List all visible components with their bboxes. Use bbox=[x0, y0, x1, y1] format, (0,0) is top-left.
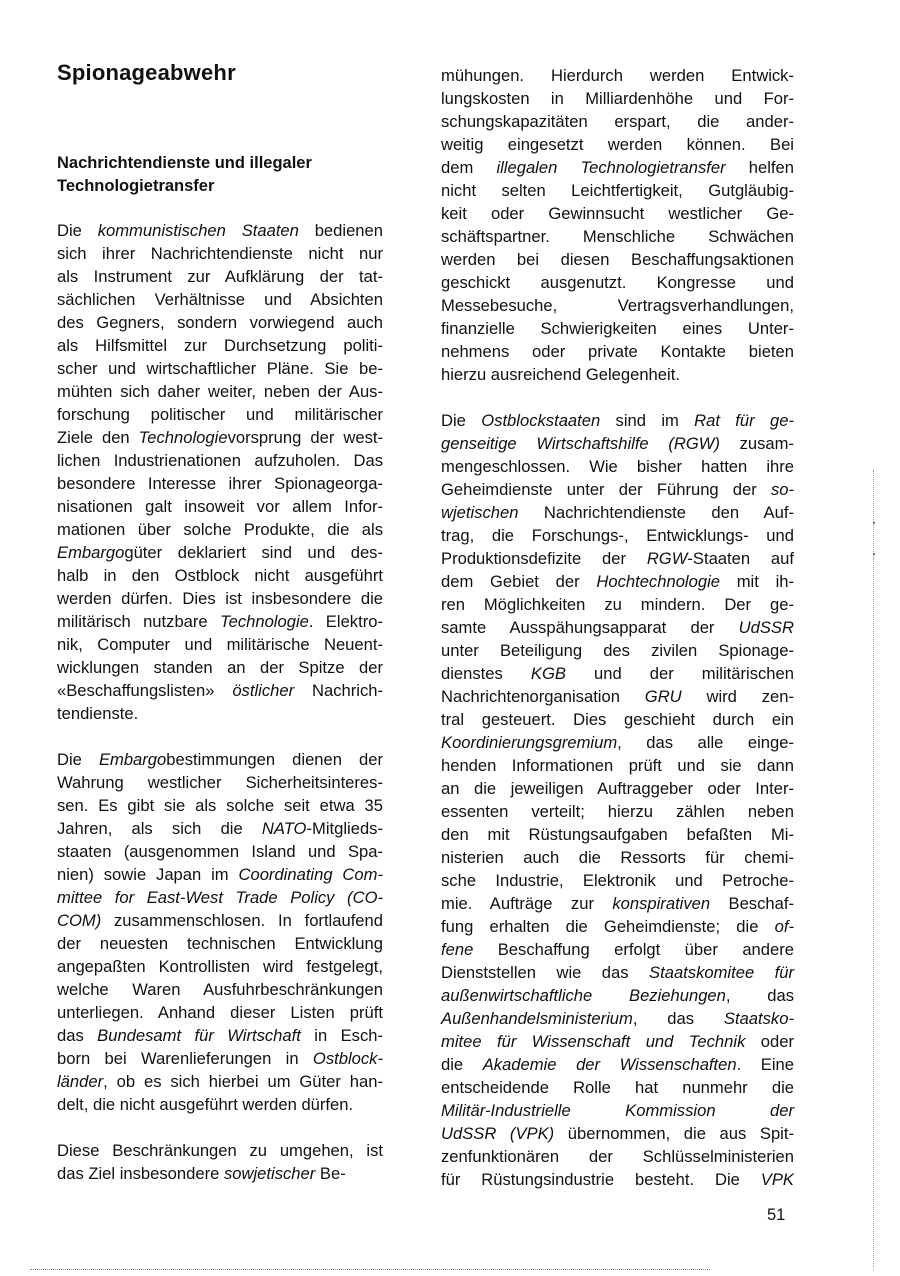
paragraph: Diese Beschränkungen zu umgehen, istdas … bbox=[57, 1139, 383, 1185]
italic-text: Akademie der Wissenschaften bbox=[483, 1055, 737, 1074]
text-line: «Beschaffungslisten» östlicher Nachrich- bbox=[57, 679, 383, 702]
text-run: nisterien auch die Ressorts für chemi- bbox=[441, 848, 794, 867]
text-line: sächlichen Verhältnisse und Absichten bbox=[57, 288, 383, 311]
text-line: Nachrichtenorganisation GRU wird zen- bbox=[441, 685, 794, 708]
italic-text: Embargo bbox=[57, 543, 124, 562]
text-line: das Ziel insbesondere sowjetischer Be- bbox=[57, 1162, 383, 1185]
italic-text: Koordinierungsgremium bbox=[441, 733, 617, 752]
scan-speck bbox=[873, 553, 875, 555]
right-text-column: mühungen. Hierdurch werden Entwick-lungs… bbox=[441, 64, 794, 1214]
text-line: Koordinierungsgremium, das alle einge- bbox=[441, 731, 794, 754]
text-run: , das bbox=[726, 986, 794, 1005]
text-line: nisterien auch die Ressorts für chemi- bbox=[441, 846, 794, 869]
text-run: entscheidende Rolle hat nunmehr die bbox=[441, 1078, 794, 1097]
text-run: werden dürfen. Dies ist insbesondere die bbox=[57, 589, 383, 608]
italic-text: Staatskomitee für bbox=[649, 963, 794, 982]
text-run: helfen bbox=[726, 158, 794, 177]
text-run: ren Möglichkeiten zu mindern. Der ge- bbox=[441, 595, 794, 614]
italic-text: Außenhandelsministerium bbox=[441, 1009, 633, 1028]
text-run: sche Industrie, Elektronik und Petroche- bbox=[441, 871, 794, 890]
italic-text: COM) bbox=[57, 911, 101, 930]
text-run: Produktionsdefizite der bbox=[441, 549, 647, 568]
text-run: schäftspartner. Menschliche Schwächen bbox=[441, 227, 794, 246]
text-run: mengeschlossen. Wie bisher hatten ihre bbox=[441, 457, 794, 476]
italic-text: konspirativen bbox=[612, 894, 710, 913]
italic-text: KGB bbox=[531, 664, 566, 683]
text-line: forschung politischer und militärischer bbox=[57, 403, 383, 426]
text-line: ren Möglichkeiten zu mindern. Der ge- bbox=[441, 593, 794, 616]
text-line: lungskosten in Milliardenhöhe und For- bbox=[441, 87, 794, 110]
text-run: unterliegen. Anhand dieser Listen prüft bbox=[57, 1003, 383, 1022]
text-run: born bei Warenlieferungen in bbox=[57, 1049, 313, 1068]
text-run: Wahrung westlicher Sicherheitsinteres- bbox=[57, 773, 383, 792]
text-run: nisationen galt insoweit vor allem Infor… bbox=[57, 497, 383, 516]
text-run: forschung politischer und militärischer bbox=[57, 405, 383, 424]
text-line: welche Waren Ausfuhrbeschränkungen bbox=[57, 978, 383, 1001]
text-run: Geheimdienste unter der Führung der bbox=[441, 480, 771, 499]
text-run: dem bbox=[441, 158, 496, 177]
text-line: werden bei diesen Beschaffungsaktionen bbox=[441, 248, 794, 271]
text-run: Die bbox=[441, 411, 481, 430]
text-line: weitig eingesetzt werden können. Bei bbox=[441, 133, 794, 156]
italic-text: Hochtechnologie bbox=[596, 572, 720, 591]
text-line: sen. Es gibt sie als solche seit etwa 35 bbox=[57, 794, 383, 817]
text-line: hierzu ausreichend Gelegenheit. bbox=[441, 363, 794, 386]
text-line: den mit Rüstungsaufgaben befaßten Mi- bbox=[441, 823, 794, 846]
text-run: Die bbox=[57, 750, 99, 769]
italic-text: so- bbox=[771, 480, 794, 499]
text-run: tral gesteuert. Dies geschieht durch ein bbox=[441, 710, 794, 729]
text-line: mie. Aufträge zur konspirativen Beschaf- bbox=[441, 892, 794, 915]
text-run: lichen Industrienationen aufzuholen. Das bbox=[57, 451, 383, 470]
text-run: als Instrument zur Aufklärung der tat- bbox=[57, 267, 383, 286]
text-line: tral gesteuert. Dies geschieht durch ein bbox=[441, 708, 794, 731]
italic-text: Coordinating Com- bbox=[238, 865, 383, 884]
text-run: das bbox=[57, 1026, 97, 1045]
italic-text: mitee für Wissenschaft und Technik bbox=[441, 1032, 745, 1051]
text-line: wjetischen Nachrichtendienste den Auf- bbox=[441, 501, 794, 524]
text-line: Jahren, als sich die NATO-Mitglieds- bbox=[57, 817, 383, 840]
text-run: «Beschaffungslisten» bbox=[57, 681, 232, 700]
text-line: born bei Warenlieferungen in Ostblock- bbox=[57, 1047, 383, 1070]
text-line: Produktionsdefizite der RGW-Staaten auf bbox=[441, 547, 794, 570]
text-run: besondere Interesse ihrer Spionageorga- bbox=[57, 474, 383, 493]
text-run: sich ihrer Nachrichtendienste nicht nur bbox=[57, 244, 383, 263]
text-run: mit ih- bbox=[720, 572, 794, 591]
text-run: zusammenschlosen. In fortlaufend bbox=[101, 911, 383, 930]
text-line: fene Beschaffung erfolgt über andere bbox=[441, 938, 794, 961]
text-run: als Hilfsmittel zur Durchsetzung politi- bbox=[57, 336, 383, 355]
text-run: , das bbox=[633, 1009, 724, 1028]
text-run: in Esch- bbox=[301, 1026, 383, 1045]
text-line: samte Ausspähungsapparat der UdSSR bbox=[441, 616, 794, 639]
section-heading-line-2: Technologietransfer bbox=[57, 175, 387, 198]
text-run: keit oder Gewinnsucht westlicher Ge- bbox=[441, 204, 794, 223]
italic-text: Bundesamt für Wirtschaft bbox=[97, 1026, 301, 1045]
text-run: für Rüstungsindustrie besteht. Die bbox=[441, 1170, 761, 1189]
text-run: zenfunktionären der Schlüsselministerien bbox=[441, 1147, 794, 1166]
text-line: für Rüstungsindustrie besteht. Die VPK bbox=[441, 1168, 794, 1191]
text-line: besondere Interesse ihrer Spionageorga- bbox=[57, 472, 383, 495]
text-line: keit oder Gewinnsucht westlicher Ge- bbox=[441, 202, 794, 225]
text-line: unter Beteiligung des zivilen Spionage- bbox=[441, 639, 794, 662]
text-run: mie. Aufträge zur bbox=[441, 894, 612, 913]
text-line: nicht selten Leichtfertigkeit, Gutgläubi… bbox=[441, 179, 794, 202]
text-line: angepaßten Kontrollisten wird festgelegt… bbox=[57, 955, 383, 978]
text-run: Be- bbox=[315, 1164, 345, 1183]
italic-text: illegalen Technologietransfer bbox=[496, 158, 725, 177]
text-line: werden dürfen. Dies ist insbesondere die bbox=[57, 587, 383, 610]
text-line: Geheimdienste unter der Führung der so- bbox=[441, 478, 794, 501]
text-line: nik, Computer und militärische Neuent- bbox=[57, 633, 383, 656]
italic-text: Militär-Industrielle Kommission der bbox=[441, 1101, 794, 1120]
text-line: Militär-Industrielle Kommission der bbox=[441, 1099, 794, 1122]
text-line: lichen Industrienationen aufzuholen. Das bbox=[57, 449, 383, 472]
text-run: werden bei diesen Beschaffungsaktionen bbox=[441, 250, 794, 269]
text-line: mationen über solche Produkte, die als bbox=[57, 518, 383, 541]
italic-text: kommunistischen Staaten bbox=[98, 221, 299, 240]
paragraph: Die kommunistischen Staaten bedienensich… bbox=[57, 219, 383, 725]
text-run: lungskosten in Milliardenhöhe und For- bbox=[441, 89, 794, 108]
text-line: mühten sich daher weiter, neben der Aus- bbox=[57, 380, 383, 403]
italic-text: östlicher bbox=[232, 681, 294, 700]
text-line: genseitige Wirtschaftshilfe (RGW) zusam- bbox=[441, 432, 794, 455]
text-line: UdSSR (VPK) übernommen, die aus Spit- bbox=[441, 1122, 794, 1145]
italic-text: UdSSR bbox=[739, 618, 794, 637]
text-line: entscheidende Rolle hat nunmehr die bbox=[441, 1076, 794, 1099]
italic-text: länder bbox=[57, 1072, 103, 1091]
text-run: tendienste. bbox=[57, 704, 138, 723]
paragraph: mühungen. Hierdurch werden Entwick-lungs… bbox=[441, 64, 794, 386]
paragraph: Die Embargobestimmungen dienen derWahrun… bbox=[57, 748, 383, 1116]
text-run: Ziele den bbox=[57, 428, 139, 447]
page-title: Spionageabwehr bbox=[57, 60, 236, 86]
text-line: henden Informationen prüft und sie dann bbox=[441, 754, 794, 777]
text-run: bedienen bbox=[299, 221, 383, 240]
text-line: dienstes KGB und der militärischen bbox=[441, 662, 794, 685]
italic-text: UdSSR (VPK) bbox=[441, 1124, 554, 1143]
text-line: delt, die nicht ausgeführt werden dürfen… bbox=[57, 1093, 383, 1116]
text-line: militärisch nutzbare Technologie. Elektr… bbox=[57, 610, 383, 633]
text-line: Embargogüter deklariert sind und des- bbox=[57, 541, 383, 564]
italic-text: RGW bbox=[647, 549, 688, 568]
text-line: COM) zusammenschlosen. In fortlaufend bbox=[57, 909, 383, 932]
text-line: Die Ostblockstaaten sind im Rat für ge- bbox=[441, 409, 794, 432]
text-line: der neuesten technischen Entwicklung bbox=[57, 932, 383, 955]
text-run: zusam- bbox=[720, 434, 794, 453]
text-run: dienstes bbox=[441, 664, 531, 683]
text-run: sächlichen Verhältnisse und Absichten bbox=[57, 290, 383, 309]
text-run: welche Waren Ausfuhrbeschränkungen bbox=[57, 980, 383, 999]
text-run: scher und wirtschaftlicher Pläne. Sie be… bbox=[57, 359, 383, 378]
section-heading: Nachrichtendienste und illegaler Technol… bbox=[57, 152, 387, 198]
text-line: mitee für Wissenschaft und Technik oder bbox=[441, 1030, 794, 1053]
text-run: oder bbox=[745, 1032, 794, 1051]
text-line: nehmens oder private Kontakte bieten bbox=[441, 340, 794, 363]
text-run: Messebesuche, Vertragsverhandlungen, bbox=[441, 296, 794, 315]
text-line: an die jeweiligen Auftraggeber oder Inte… bbox=[441, 777, 794, 800]
italic-text: VPK bbox=[761, 1170, 794, 1189]
text-line: Wahrung westlicher Sicherheitsinteres- bbox=[57, 771, 383, 794]
text-run: dem Gebiet der bbox=[441, 572, 596, 591]
text-run: nehmens oder private Kontakte bieten bbox=[441, 342, 794, 361]
italic-text: NATO bbox=[262, 819, 307, 838]
text-run: nik, Computer und militärische Neuent- bbox=[57, 635, 383, 654]
text-line: tendienste. bbox=[57, 702, 383, 725]
text-line: wicklungen standen an der Spitze der bbox=[57, 656, 383, 679]
text-line: als Instrument zur Aufklärung der tat- bbox=[57, 265, 383, 288]
text-line: zenfunktionären der Schlüsselministerien bbox=[441, 1145, 794, 1168]
text-run: angepaßten Kontrollisten wird festgelegt… bbox=[57, 957, 383, 976]
section-heading-line-1: Nachrichtendienste und illegaler bbox=[57, 152, 387, 175]
text-line: schungskapazitäten erspart, die ander- bbox=[441, 110, 794, 133]
scan-edge-right-border bbox=[873, 470, 874, 1270]
text-line: länder, ob es sich hierbei um Güter han- bbox=[57, 1070, 383, 1093]
text-run: hierzu ausreichend Gelegenheit. bbox=[441, 365, 680, 384]
text-run: die bbox=[441, 1055, 483, 1074]
text-run: mühungen. Hierdurch werden Entwick- bbox=[441, 66, 794, 85]
text-run: unter Beteiligung des zivilen Spionage- bbox=[441, 641, 794, 660]
text-line: nien) sowie Japan im Coordinating Com- bbox=[57, 863, 383, 886]
text-run: den mit Rüstungsaufgaben befaßten Mi- bbox=[441, 825, 794, 844]
italic-text: Ostblock- bbox=[313, 1049, 383, 1068]
text-run: henden Informationen prüft und sie dann bbox=[441, 756, 794, 775]
text-run: staaten (ausgenommen Island und Spa- bbox=[57, 842, 383, 861]
text-run: und der militärischen bbox=[566, 664, 794, 683]
text-line: Dienststellen wie das Staatskomitee für bbox=[441, 961, 794, 984]
text-run: mühten sich daher weiter, neben der Aus- bbox=[57, 382, 383, 401]
italic-text: mittee for East-West Trade Policy (CO- bbox=[57, 888, 383, 907]
text-line: außenwirtschaftliche Beziehungen, das bbox=[441, 984, 794, 1007]
text-line: trag, die Forschungs-, Entwicklungs- und bbox=[441, 524, 794, 547]
text-run: halb in den Ostblock nicht ausgeführt bbox=[57, 566, 383, 585]
text-run: nien) sowie Japan im bbox=[57, 865, 238, 884]
text-run: trag, die Forschungs-, Entwicklungs- und bbox=[441, 526, 794, 545]
text-line: Messebesuche, Vertragsverhandlungen, bbox=[441, 294, 794, 317]
text-run: essenten verteilt; hierzu zählen neben bbox=[441, 802, 794, 821]
left-text-column: Die kommunistischen Staaten bedienensich… bbox=[57, 219, 383, 1208]
italic-text: wjetischen bbox=[441, 503, 518, 522]
text-line: nisationen galt insoweit vor allem Infor… bbox=[57, 495, 383, 518]
text-run: Die bbox=[57, 221, 98, 240]
text-line: das Bundesamt für Wirtschaft in Esch- bbox=[57, 1024, 383, 1047]
text-run: delt, die nicht ausgeführt werden dürfen… bbox=[57, 1095, 353, 1114]
text-run: fung erhalten die Geheimdienste; die bbox=[441, 917, 775, 936]
text-run: finanzielle Schwierigkeiten eines Unter- bbox=[441, 319, 794, 338]
text-run: bestimmungen dienen der bbox=[166, 750, 383, 769]
text-line: unterliegen. Anhand dieser Listen prüft bbox=[57, 1001, 383, 1024]
text-run: nicht selten Leichtfertigkeit, Gutgläubi… bbox=[441, 181, 794, 200]
text-line: die Akademie der Wissenschaften. Eine bbox=[441, 1053, 794, 1076]
text-run: güter deklariert sind und des- bbox=[124, 543, 383, 562]
text-line: Ziele den Technologievorsprung der west- bbox=[57, 426, 383, 449]
text-line: Außenhandelsministerium, das Staatsko- bbox=[441, 1007, 794, 1030]
page-number: 51 bbox=[767, 1206, 785, 1225]
text-run: -Mitglieds- bbox=[306, 819, 383, 838]
text-line: mengeschlossen. Wie bisher hatten ihre bbox=[441, 455, 794, 478]
text-run: schungskapazitäten erspart, die ander- bbox=[441, 112, 794, 131]
text-line: Diese Beschränkungen zu umgehen, ist bbox=[57, 1139, 383, 1162]
italic-text: of- bbox=[775, 917, 794, 936]
text-line: essenten verteilt; hierzu zählen neben bbox=[441, 800, 794, 823]
text-run: wicklungen standen an der Spitze der bbox=[57, 658, 383, 677]
text-run: Nachrichtenorganisation bbox=[441, 687, 645, 706]
italic-text: Staatsko- bbox=[724, 1009, 794, 1028]
text-run: Nachrichtendienste den Auf- bbox=[518, 503, 794, 522]
text-line: dem illegalen Technologietransfer helfen bbox=[441, 156, 794, 179]
text-line: sich ihrer Nachrichtendienste nicht nur bbox=[57, 242, 383, 265]
text-line: mittee for East-West Trade Policy (CO- bbox=[57, 886, 383, 909]
text-line: schäftspartner. Menschliche Schwächen bbox=[441, 225, 794, 248]
text-run: . Eine bbox=[737, 1055, 794, 1074]
text-line: mühungen. Hierdurch werden Entwick- bbox=[441, 64, 794, 87]
text-run: samte Ausspähungsapparat der bbox=[441, 618, 739, 637]
text-run: mationen über solche Produkte, die als bbox=[57, 520, 383, 539]
text-run: übernommen, die aus Spit- bbox=[554, 1124, 794, 1143]
italic-text: Technologie bbox=[139, 428, 228, 447]
italic-text: Technologie bbox=[220, 612, 309, 631]
text-line: des Gegners, sondern vorwiegend auch bbox=[57, 311, 383, 334]
italic-text: genseitige Wirtschaftshilfe (RGW) bbox=[441, 434, 720, 453]
italic-text: Ostblockstaaten bbox=[481, 411, 600, 430]
italic-text: GRU bbox=[645, 687, 682, 706]
italic-text: Embargo bbox=[99, 750, 166, 769]
paragraph: Die Ostblockstaaten sind im Rat für ge-g… bbox=[441, 409, 794, 1191]
italic-text: fene bbox=[441, 940, 473, 959]
text-line: sche Industrie, Elektronik und Petroche- bbox=[441, 869, 794, 892]
text-run: vorsprung der west- bbox=[228, 428, 383, 447]
italic-text: sowjetischer bbox=[224, 1164, 315, 1183]
text-line: dem Gebiet der Hochtechnologie mit ih- bbox=[441, 570, 794, 593]
text-run: Dienststellen wie das bbox=[441, 963, 649, 982]
text-run: Diese Beschränkungen zu umgehen, ist bbox=[57, 1141, 383, 1160]
text-run: Jahren, als sich die bbox=[57, 819, 262, 838]
text-line: halb in den Ostblock nicht ausgeführt bbox=[57, 564, 383, 587]
text-line: Die kommunistischen Staaten bedienen bbox=[57, 219, 383, 242]
text-line: Die Embargobestimmungen dienen der bbox=[57, 748, 383, 771]
text-run: Beschaffung erfolgt über andere bbox=[473, 940, 794, 959]
text-run: Beschaf- bbox=[710, 894, 794, 913]
text-run: militärisch nutzbare bbox=[57, 612, 220, 631]
text-run: , das alle einge- bbox=[617, 733, 794, 752]
text-run: das Ziel insbesondere bbox=[57, 1164, 224, 1183]
scan-edge-bottom-border bbox=[30, 1269, 710, 1270]
italic-text: Rat für ge- bbox=[694, 411, 794, 430]
text-line: scher und wirtschaftlicher Pläne. Sie be… bbox=[57, 357, 383, 380]
text-run: geschickt ausgenutzt. Kongresse und bbox=[441, 273, 794, 292]
text-run: der neuesten technischen Entwicklung bbox=[57, 934, 383, 953]
text-line: staaten (ausgenommen Island und Spa- bbox=[57, 840, 383, 863]
scan-speck bbox=[873, 522, 875, 524]
text-line: finanzielle Schwierigkeiten eines Unter- bbox=[441, 317, 794, 340]
text-run: , ob es sich hierbei um Güter han- bbox=[103, 1072, 383, 1091]
text-run: . Elektro- bbox=[309, 612, 383, 631]
text-line: als Hilfsmittel zur Durchsetzung politi- bbox=[57, 334, 383, 357]
text-run: wird zen- bbox=[682, 687, 794, 706]
text-run: sind im bbox=[600, 411, 694, 430]
text-run: -Staaten auf bbox=[687, 549, 794, 568]
text-line: fung erhalten die Geheimdienste; die of- bbox=[441, 915, 794, 938]
text-run: weitig eingesetzt werden können. Bei bbox=[441, 135, 794, 154]
text-run: Nachrich- bbox=[294, 681, 383, 700]
text-line: geschickt ausgenutzt. Kongresse und bbox=[441, 271, 794, 294]
italic-text: außenwirtschaftliche Beziehungen bbox=[441, 986, 726, 1005]
text-run: an die jeweiligen Auftraggeber oder Inte… bbox=[441, 779, 794, 798]
text-run: sen. Es gibt sie als solche seit etwa 35 bbox=[57, 796, 383, 815]
text-run: des Gegners, sondern vorwiegend auch bbox=[57, 313, 383, 332]
